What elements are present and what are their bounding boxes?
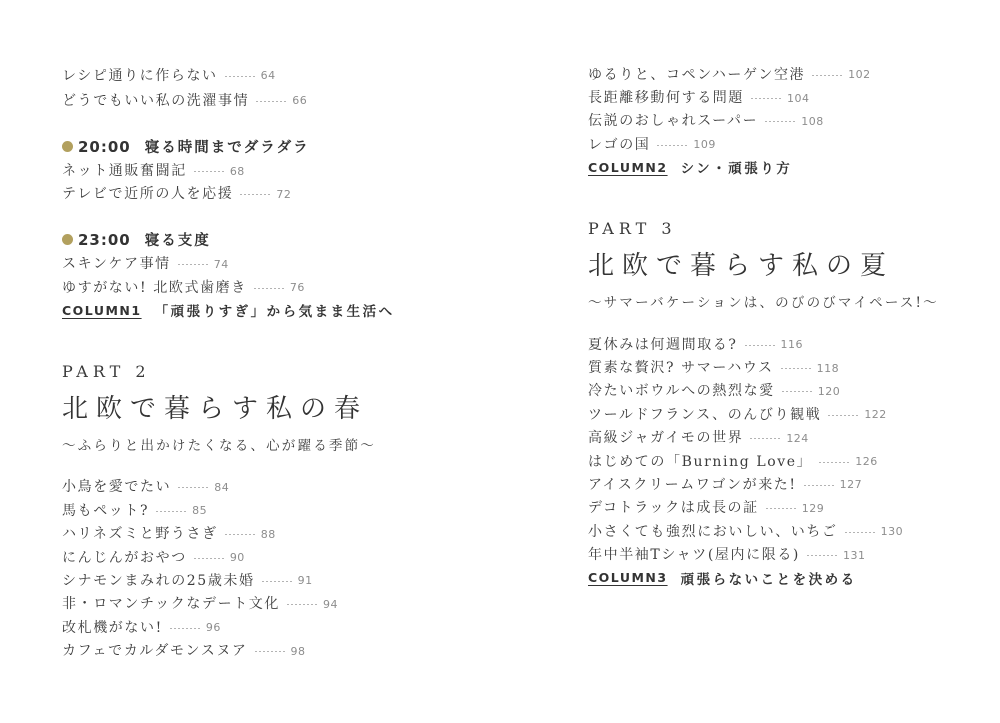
- leader-dashes: [262, 581, 292, 582]
- toc-entry-page-number: 98: [291, 645, 306, 658]
- toc-entry-page-number: 85: [192, 504, 207, 517]
- section-header-2300: 23:00 寝る支度: [62, 228, 462, 251]
- toc-entry-title: ゆるりと、コペンハーゲン空港: [588, 64, 805, 84]
- column1-label: COLUMN1: [62, 303, 142, 318]
- toc-entry-title: 小さくても強烈においしい、いちご: [588, 521, 838, 541]
- toc-entry-title: 非・ロマンチックなデート文化: [62, 593, 280, 613]
- leader-dashes: [782, 391, 812, 392]
- toc-entry-title: レシピ通りに作らない: [62, 65, 218, 85]
- toc-entry: シナモンまみれの25歳未婚 91: [62, 568, 462, 591]
- toc-entry-title: 長距離移動何する問題: [588, 87, 744, 107]
- toc-entry-title: 改札機がない!: [62, 617, 163, 637]
- toc-entry: 非・ロマンチックなデート文化 94: [62, 592, 462, 615]
- leader-dashes: [745, 345, 775, 346]
- toc-entry: ゆるりと、コペンハーゲン空港 102: [588, 62, 968, 85]
- leader-dashes: [194, 171, 224, 172]
- left-page-column: レシピ通りに作らない 64 どうでもいい私の洗濯事情 66 20:00 寝る時間…: [62, 56, 462, 662]
- toc-entry-title: どうでもいい私の洗濯事情: [62, 90, 249, 110]
- toc-entry: ツールドフランス、のんびり観戦 122: [588, 402, 968, 425]
- toc-entry: カフェでカルダモンスヌア 98: [62, 638, 462, 661]
- leader-dashes: [812, 75, 842, 76]
- toc-entry: 長距離移動何する問題 104: [588, 85, 968, 108]
- section-header-2000: 20:00 寝る時間までダラダラ: [62, 135, 462, 158]
- toc-entry: 小鳥を愛でたい 84: [62, 475, 462, 498]
- column2-row: COLUMN2 シン・頑張り方: [588, 156, 968, 179]
- section-heading: 寝る支度: [145, 229, 211, 250]
- part3-title: 北欧で暮らす私の夏: [588, 245, 968, 282]
- toc-entry-title: はじめての「Burning Love」: [588, 451, 812, 471]
- leader-dashes: [828, 415, 858, 416]
- toc-entry: 年中半袖Tシャツ(屋内に限る) 131: [588, 542, 968, 565]
- part3-label: PART 3: [588, 219, 968, 238]
- toc-entry-page-number: 76: [290, 281, 305, 294]
- leader-dashes: [845, 532, 875, 533]
- toc-entry: スキンケア事情 74: [62, 252, 462, 275]
- gold-bullet-icon: [62, 141, 73, 152]
- toc-entry: 改札機がない! 96: [62, 615, 462, 638]
- toc-entry-title: ツールドフランス、のんびり観戦: [588, 404, 821, 424]
- toc-entry-title: 夏休みは何週間取る?: [588, 334, 738, 354]
- column2-label: COLUMN2: [588, 160, 668, 175]
- toc-entry-title: デコトラックは成長の証: [588, 497, 759, 517]
- leader-dashes: [819, 462, 849, 463]
- toc-entry: はじめての「Burning Love」 126: [588, 449, 968, 472]
- column3-label: COLUMN3: [588, 570, 668, 585]
- toc-entry-title: シナモンまみれの25歳未婚: [62, 570, 255, 590]
- toc-entry-page-number: 66: [292, 94, 307, 107]
- toc-entry-title: 小鳥を愛でたい: [62, 476, 171, 496]
- leader-dashes: [240, 194, 270, 195]
- toc-entry-page-number: 88: [261, 528, 276, 541]
- part2-subtitle: ～ふらりと出かけたくなる、心が躍る季節～: [62, 434, 462, 454]
- right-page-column: ゆるりと、コペンハーゲン空港 102 長距離移動何する問題 104 伝説のおしゃ…: [588, 56, 968, 589]
- leader-dashes: [254, 288, 284, 289]
- leader-dashes: [178, 487, 208, 488]
- column3-text: 頑張らないことを決める: [681, 568, 857, 588]
- toc-entry: 高級ジャガイモの世界 124: [588, 426, 968, 449]
- part2-item-list: 小鳥を愛でたい 84 馬もペット? 85 ハリネズミと野うさぎ 88 にんじんが…: [62, 475, 462, 662]
- toc-entry: ネット通販奮闘記 68: [62, 158, 462, 181]
- leader-dashes: [750, 438, 780, 439]
- toc-entry-page-number: 126: [855, 455, 878, 468]
- toc-entry: テレビで近所の人を応援 72: [62, 182, 462, 205]
- leader-dashes: [178, 264, 208, 265]
- toc-entry-title: ハリネズミと野うさぎ: [62, 523, 218, 543]
- toc-entry-title: 年中半袖Tシャツ(屋内に限る): [588, 544, 800, 564]
- toc-entry-title: ネット通販奮闘記: [62, 160, 187, 180]
- toc-entry-page-number: 84: [214, 481, 229, 494]
- section-time: 20:00: [78, 138, 131, 156]
- leader-dashes: [287, 604, 317, 605]
- toc-entry-title: 冷たいボウルへの熱烈な愛: [588, 380, 775, 400]
- toc-entry-title: アイスクリームワゴンが来た!: [588, 474, 797, 494]
- toc-entry-page-number: 109: [693, 138, 716, 151]
- toc-entry-page-number: 102: [848, 68, 871, 81]
- toc-entry-page-number: 64: [261, 69, 276, 82]
- toc-entry: ハリネズミと野うさぎ 88: [62, 522, 462, 545]
- column1-text: 「頑張りすぎ」から気まま生活へ: [155, 300, 395, 320]
- toc-entry-title: スキンケア事情: [62, 253, 171, 273]
- toc-entry-page-number: 91: [298, 574, 313, 587]
- leader-dashes: [781, 368, 811, 369]
- part2-title: 北欧で暮らす私の春: [62, 388, 462, 425]
- toc-entry-page-number: 104: [787, 92, 810, 105]
- leader-dashes: [156, 511, 186, 512]
- toc-entry: 馬もペット? 85: [62, 498, 462, 521]
- part2-heading-block: PART 2 北欧で暮らす私の春 ～ふらりと出かけたくなる、心が躍る季節～: [62, 362, 462, 454]
- toc-entry: 冷たいボウルへの熱烈な愛 120: [588, 379, 968, 402]
- left-top-item-list: レシピ通りに作らない 64 どうでもいい私の洗濯事情 66: [62, 62, 462, 112]
- toc-entry: レシピ通りに作らない 64: [62, 62, 462, 87]
- toc-entry-title: 伝説のおしゃれスーパー: [588, 110, 758, 130]
- toc-entry-title: カフェでカルダモンスヌア: [62, 640, 248, 660]
- leader-dashes: [766, 508, 796, 509]
- toc-entry-page-number: 74: [214, 258, 229, 271]
- leader-dashes: [657, 145, 687, 146]
- leader-dashes: [804, 485, 834, 486]
- toc-entry: 質素な贅沢? サマーハウス 118: [588, 355, 968, 378]
- toc-entry: にんじんがおやつ 90: [62, 545, 462, 568]
- toc-entry: 夏休みは何週間取る? 116: [588, 332, 968, 355]
- toc-entry-page-number: 94: [323, 598, 338, 611]
- toc-entry: 伝説のおしゃれスーパー 108: [588, 109, 968, 132]
- part2-label: PART 2: [62, 362, 462, 381]
- part3-item-list: 夏休みは何週間取る? 116 質素な贅沢? サマーハウス 118 冷たいボウルへ…: [588, 332, 968, 566]
- toc-entry-page-number: 72: [276, 188, 291, 201]
- leader-dashes: [255, 651, 285, 652]
- toc-entry-page-number: 130: [881, 525, 904, 538]
- part3-subtitle: ～サマーバケーションは、のびのびマイペース!～: [588, 291, 968, 311]
- toc-entry-page-number: 127: [840, 478, 863, 491]
- leader-dashes: [256, 101, 286, 102]
- toc-entry-title: レゴの国: [588, 134, 650, 154]
- column1-row: COLUMN1 「頑張りすぎ」から気まま生活へ: [62, 298, 462, 321]
- toc-entry-title: にんじんがおやつ: [62, 547, 187, 567]
- toc-entry-page-number: 90: [230, 551, 245, 564]
- toc-entry-title: ゆすがない! 北欧式歯磨き: [62, 277, 247, 297]
- toc-entry-title: テレビで近所の人を応援: [62, 183, 233, 203]
- part3-heading-block: PART 3 北欧で暮らす私の夏 ～サマーバケーションは、のびのびマイペース!～: [588, 219, 968, 311]
- leader-dashes: [170, 628, 200, 629]
- toc-entry-page-number: 129: [802, 502, 825, 515]
- column3-row: COLUMN3 頑張らないことを決める: [588, 566, 968, 589]
- section-2300-item-list: スキンケア事情 74 ゆすがない! 北欧式歯磨き 76: [62, 252, 462, 299]
- toc-entry-page-number: 131: [843, 549, 866, 562]
- section-2000-item-list: ネット通販奮闘記 68 テレビで近所の人を応援 72: [62, 158, 462, 205]
- toc-entry-page-number: 120: [818, 385, 841, 398]
- leader-dashes: [751, 98, 781, 99]
- toc-entry-page-number: 108: [801, 115, 824, 128]
- toc-entry-title: 高級ジャガイモの世界: [588, 427, 743, 447]
- leader-dashes: [807, 555, 837, 556]
- toc-entry: 小さくても強烈においしい、いちご 130: [588, 519, 968, 542]
- leader-dashes: [225, 534, 255, 535]
- toc-entry: レゴの国 109: [588, 132, 968, 155]
- right-top-item-list: ゆるりと、コペンハーゲン空港 102 長距離移動何する問題 104 伝説のおしゃ…: [588, 62, 968, 156]
- leader-dashes: [225, 76, 255, 77]
- toc-entry: デコトラックは成長の証 129: [588, 496, 968, 519]
- toc-entry-page-number: 124: [786, 432, 809, 445]
- toc-entry: アイスクリームワゴンが来た! 127: [588, 472, 968, 495]
- gold-bullet-icon: [62, 234, 73, 245]
- toc-entry-page-number: 68: [230, 165, 245, 178]
- toc-entry-title: 質素な贅沢? サマーハウス: [588, 357, 774, 377]
- toc-entry: どうでもいい私の洗濯事情 66: [62, 87, 462, 112]
- section-time: 23:00: [78, 231, 131, 249]
- toc-entry-page-number: 96: [206, 621, 221, 634]
- toc-entry-title: 馬もペット?: [62, 500, 149, 520]
- toc-entry: ゆすがない! 北欧式歯磨き 76: [62, 275, 462, 298]
- leader-dashes: [194, 558, 224, 559]
- leader-dashes: [765, 121, 795, 122]
- toc-entry-page-number: 122: [864, 408, 887, 421]
- toc-entry-page-number: 118: [817, 362, 840, 375]
- column2-text: シン・頑張り方: [681, 157, 793, 177]
- section-heading: 寝る時間までダラダラ: [145, 136, 310, 157]
- toc-entry-page-number: 116: [781, 338, 804, 351]
